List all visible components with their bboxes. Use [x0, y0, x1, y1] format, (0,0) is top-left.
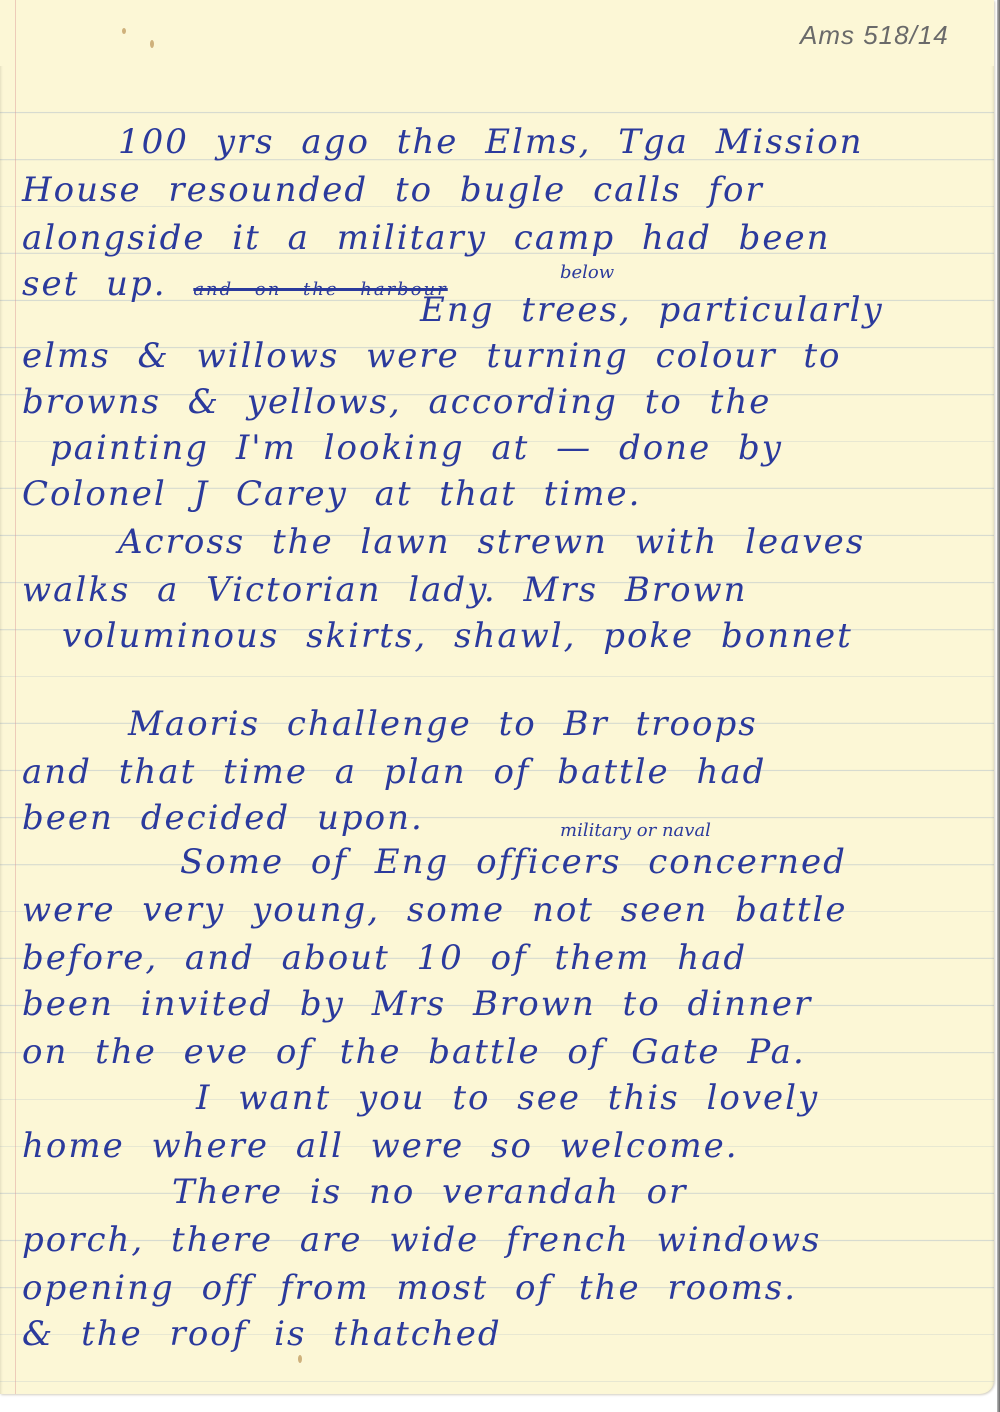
handwritten-line: & the roof is thatched [22, 1314, 502, 1354]
handwritten-line: set up. and on the harbour [22, 264, 448, 304]
handwritten-line: There is no verandah or [172, 1172, 687, 1212]
handwritten-line: on the eve of the battle of Gate Pa. [22, 1032, 806, 1072]
margin-rule [15, 0, 16, 1394]
insertion-above-line: below [560, 262, 614, 283]
struck-through-text: and on the harbour [193, 279, 447, 300]
handwritten-line: Some of Eng officers concerned [180, 842, 847, 882]
handwritten-line: before, and about 10 of them had [22, 938, 747, 978]
handwritten-line: browns & yellows, according to the [22, 382, 771, 422]
handwritten-line: I want you to see this lovely [196, 1078, 819, 1118]
handwritten-line: Maoris challenge to Br troops [128, 704, 758, 744]
handwritten-line: voluminous skirts, shawl, poke bonnet [62, 616, 853, 656]
handwritten-line: been invited by Mrs Brown to dinner [22, 984, 812, 1024]
handwritten-line: Eng trees, particularly [420, 290, 884, 330]
handwritten-line: been decided upon. [22, 798, 424, 838]
paper-stain [150, 40, 154, 48]
archive-reference-mark: Ams 518/14 [800, 20, 949, 51]
handwritten-line: porch, there are wide french windows [22, 1220, 821, 1260]
handwritten-line: alongside it a military camp had been [22, 218, 831, 258]
handwritten-line: elms & willows were turning colour to [22, 336, 842, 376]
handwritten-line: House resounded to bugle calls for [22, 170, 764, 210]
handwritten-line: were very young, some not seen battle [22, 890, 848, 930]
handwritten-line: walks a Victorian lady. Mrs Brown [22, 570, 748, 610]
handwritten-line: Colonel J Carey at that time. [22, 474, 641, 514]
handwritten-line: Across the lawn strewn with leaves [118, 522, 865, 562]
handwritten-line-text: alongside it a military camp had been [22, 218, 831, 258]
paper-stain [122, 28, 126, 34]
handwritten-line: home where all were so welcome. [22, 1126, 739, 1166]
paper-stain [298, 1355, 302, 1363]
insertion-above-line: military or naval [560, 820, 711, 841]
handwritten-line: and that time a plan of battle had [22, 752, 766, 792]
manuscript-page: Ams 518/14 100 yrs ago the Elms, Tga Mis… [0, 0, 994, 1394]
handwritten-line: opening off from most of the rooms. [22, 1268, 797, 1308]
handwritten-line: painting I'm looking at — done by [50, 428, 783, 468]
handwritten-line-text: set up. [22, 264, 167, 304]
handwritten-line: 100 yrs ago the Elms, Tga Mission [118, 122, 864, 162]
